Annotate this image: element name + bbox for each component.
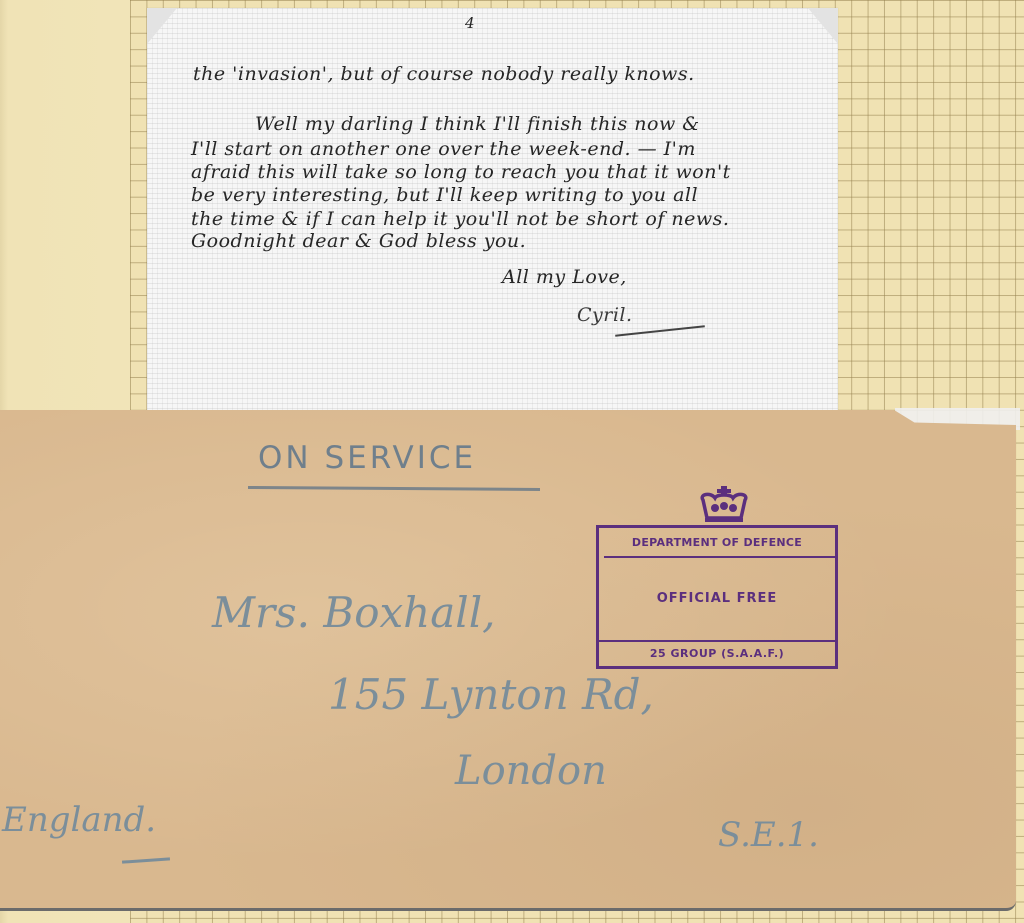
letter-closing: All my Love, xyxy=(502,266,627,288)
letter-page: 4 the 'invasion', but of course nobody r… xyxy=(147,8,838,423)
address-name: Mrs. Boxhall, xyxy=(212,588,495,637)
photo-corner-mount xyxy=(147,8,177,44)
address-country: England. xyxy=(2,800,156,840)
official-franking-stamp: DEPARTMENT OF DEFENCE OFFICIAL FREE 25 G… xyxy=(596,525,838,669)
signature-underline xyxy=(615,325,705,336)
letter-line: the time & if I can help it you'll not b… xyxy=(191,208,729,230)
letter-signature: Cyril. xyxy=(577,304,633,326)
stamp-department: DEPARTMENT OF DEFENCE xyxy=(599,536,835,549)
stamp-franking: OFFICIAL FREE xyxy=(599,591,835,606)
stamp-unit: 25 GROUP (S.A.A.F.) xyxy=(599,647,835,660)
letter-line: Well my darling I think I'll finish this… xyxy=(255,113,700,135)
letter-line: afraid this will take so long to reach y… xyxy=(191,161,731,183)
letter-line: be very interesting, but I'll keep writi… xyxy=(191,184,698,206)
address-street: 155 Lynton Rd, xyxy=(328,670,654,719)
letter-line: the 'invasion', but of course nobody rea… xyxy=(193,63,695,85)
envelope-heading: ON SERVICE xyxy=(258,440,476,476)
letter-line: Goodnight dear & God bless you. xyxy=(191,230,526,252)
page-number: 4 xyxy=(465,14,475,32)
address-postcode: S.E.1. xyxy=(718,815,819,855)
letter-line: I'll start on another one over the week-… xyxy=(191,138,696,160)
stamp-divider xyxy=(604,556,835,558)
address-city: London xyxy=(455,748,607,794)
stamp-divider xyxy=(599,640,835,642)
crown-icon xyxy=(697,486,751,524)
photo-corner-mount xyxy=(808,8,838,44)
